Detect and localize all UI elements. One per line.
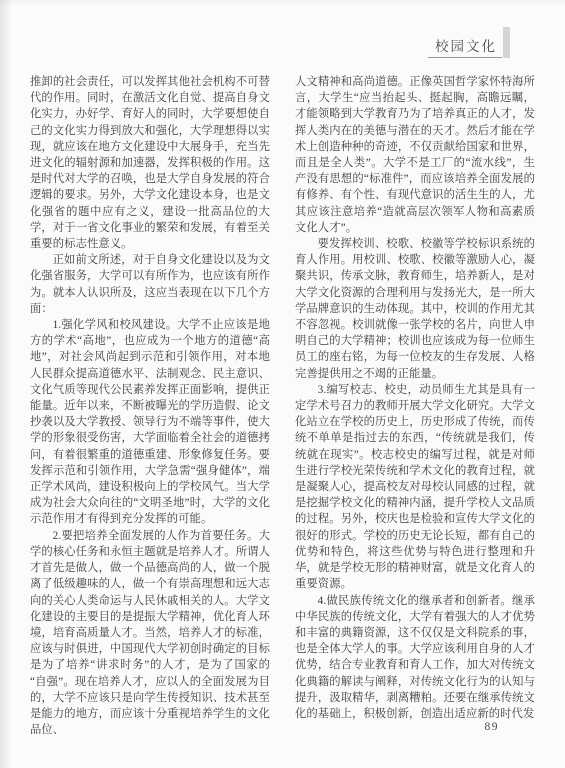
article-body: 推卸的社会责任，可以发挥其他社会机构不可替代的作用。同时，在激活文化自觉、提高自… bbox=[30, 74, 535, 738]
body-paragraph-item-1: 1.强化学风和校风建设。大学不止应该是地方的学术“高地”，也应成为一个地方的道德… bbox=[30, 317, 270, 528]
body-paragraph-item-4: 4.做民族传统文化的继承者和创新者。继承中华民族的传统文化，大学有着强大的人才优… bbox=[295, 593, 535, 723]
page-number: 89 bbox=[485, 721, 500, 733]
book-page: 校园文化 推卸的社会责任，可以发挥其他社会机构不可替代的作用。同时，在激活文化自… bbox=[0, 0, 565, 768]
body-paragraph-continued: 人文精神和高尚道德。正像英国哲学家怀特海所言，大学生“应当抬起头、挺起胸，高瞻远… bbox=[295, 74, 535, 236]
body-paragraph: 要发挥校训、校歌、校徽等学校标识系统的育人作用。用校训、校歌、校徽等激励人心，凝… bbox=[295, 236, 535, 382]
body-paragraph-item-2: 2.要把培养全面发展的人作为首要任务。大学的核心任务和永恒主题就是培养人才。所谓… bbox=[30, 528, 270, 739]
body-paragraph-item-3: 3.编写校志、校史，动员师生尤其是具有一定学术号召力的教师开展大学文化研究。大学… bbox=[295, 382, 535, 593]
header-tab-bar bbox=[503, 27, 510, 58]
body-paragraph: 正如前文所述，对于自身文化建设以及为文化强省服务，大学可以有所作为，也应该有所作… bbox=[30, 252, 270, 317]
body-paragraph-continued: 推卸的社会责任，可以发挥其他社会机构不可替代的作用。同时，在激活文化自觉、提高自… bbox=[30, 74, 270, 252]
right-column: 人文精神和高尚道德。正像英国哲学家怀特海所言，大学生“应当抬起头、挺起胸，高瞻远… bbox=[295, 74, 535, 738]
page-header: 校园文化 bbox=[428, 27, 510, 58]
section-header-label: 校园文化 bbox=[428, 40, 502, 59]
left-column: 推卸的社会责任，可以发挥其他社会机构不可替代的作用。同时，在激活文化自觉、提高自… bbox=[30, 74, 270, 738]
